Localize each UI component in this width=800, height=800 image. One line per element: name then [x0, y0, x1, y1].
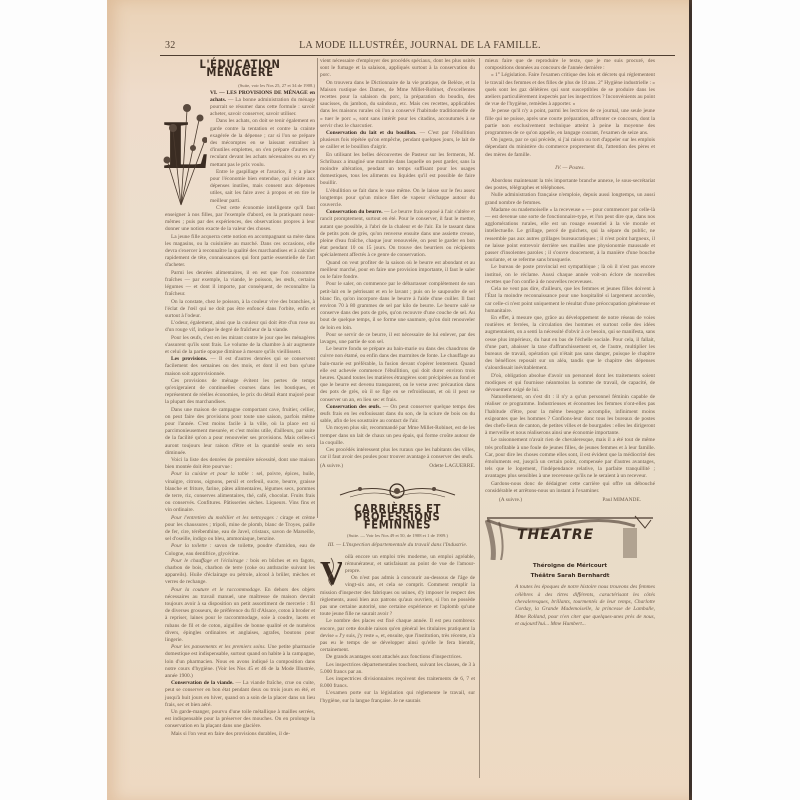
article-title: L'ÉDUCATION MÉNAGÈRE — [165, 61, 315, 78]
section-heading: IV. — Postes. — [485, 165, 655, 172]
play-title: Théroigne de Méricourt — [485, 562, 655, 570]
theatre-title: THEATRE — [517, 532, 594, 539]
theatre-review-text: A toutes les époques de notre histoire n… — [485, 584, 655, 628]
signature-line: (A suivre.) Odette LAGUERRE. — [320, 463, 475, 470]
signature-line: (A suivre.) Paul MIMANDE. — [485, 497, 655, 504]
header-rule — [160, 55, 675, 56]
column-1: L'ÉDUCATION MÉNAGÈRE (Suite, voir les No… — [165, 58, 315, 738]
column-2: vient nécessaire d'employer des procédés… — [320, 58, 475, 705]
newspaper-page: 32 LA MODE ILLUSTRÉE, JOURNAL DE LA FAMI… — [107, 0, 692, 800]
theatre-header-illustration: THEATRE — [485, 514, 655, 560]
svg-text:V: V — [320, 555, 342, 588]
floral-dropcap-illustration: L — [159, 90, 207, 208]
running-head: 32 LA MODE ILLUSTRÉE, JOURNAL DE LA FAMI… — [165, 40, 675, 54]
decorative-ornament — [320, 481, 475, 503]
article-subtitle: III. — L'Inspection départementale du tr… — [320, 542, 475, 549]
author-name: Paul MIMANDE. — [602, 497, 641, 504]
column-divider — [479, 58, 480, 778]
dropcap-illustration: V — [320, 554, 342, 588]
to-be-continued: (A suivre.) — [499, 497, 522, 504]
author-name: Odette LAGUERRE. — [429, 463, 475, 470]
to-be-continued: (A suivre.) — [320, 463, 343, 470]
article-title: CARRIÈRES ET PROFESSIONS FÉMININES — [320, 505, 475, 530]
venue-name: Théâtre Sarah Bernhardt — [485, 572, 655, 580]
column-3: mieux faire que de reproduire le texte, … — [485, 58, 655, 629]
column-divider — [317, 58, 318, 518]
continuation-note: (Suite. — Voir les Nos 49 et 50, de 1908… — [320, 532, 475, 539]
continuation-note: (Suite, voir les Nos 25, 27 et 34 de 190… — [165, 82, 315, 89]
journal-title: LA MODE ILLUSTRÉE, JOURNAL DE LA FAMILLE… — [165, 40, 675, 51]
